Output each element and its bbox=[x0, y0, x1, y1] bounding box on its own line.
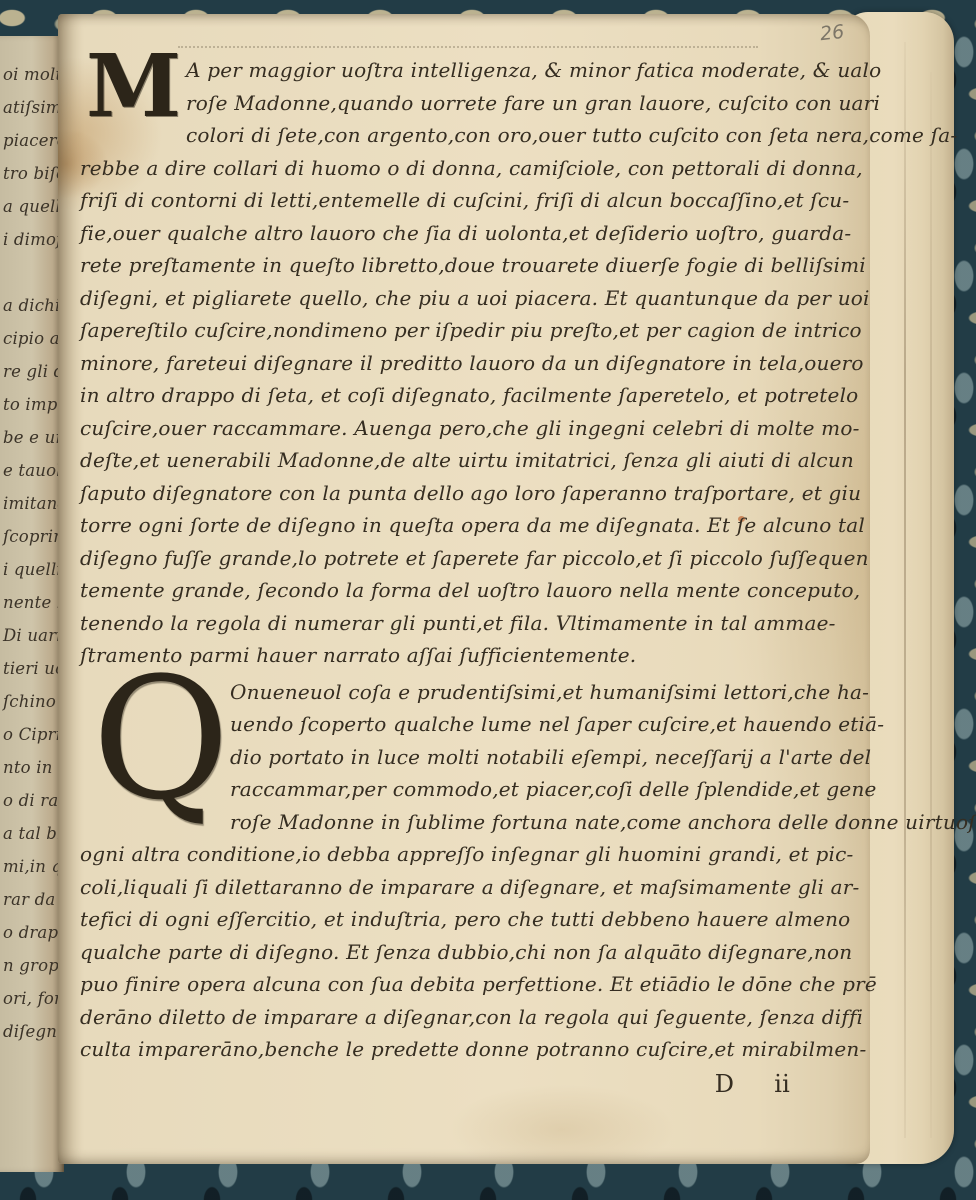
text-line: piacere a bbox=[3, 124, 64, 157]
text-line: re gli diſ bbox=[3, 355, 64, 388]
text-line: ori, fonti bbox=[3, 982, 64, 1015]
text-line: coli,liquali ſi dilettaranno de imparare… bbox=[80, 871, 862, 904]
text-line: A per maggior uoſtra intelligenza, & min… bbox=[80, 54, 862, 87]
text-line: a quello b bbox=[3, 190, 64, 223]
text-line: diſegno fuſſe grande,lo potrete et ſaper… bbox=[80, 542, 862, 575]
paragraph-1-lines: A per maggior uoſtra intelligenza, & min… bbox=[80, 54, 862, 672]
text-line: oi molti bbox=[3, 58, 64, 91]
text-line bbox=[3, 256, 64, 289]
page-edge-line bbox=[930, 72, 932, 1138]
text-line: cuſcire,ouer raccammare. Auenga pero,che… bbox=[80, 412, 862, 445]
text-line: atiſsimi bbox=[3, 91, 64, 124]
signature-letter: D bbox=[715, 1068, 734, 1101]
text-line: ſtramento parmi hauer narrato aſſai ſuff… bbox=[80, 639, 862, 672]
text-line: Di uarie bbox=[3, 619, 64, 652]
text-line: o Cipriol bbox=[3, 718, 64, 751]
text-line: i quelli uo bbox=[3, 553, 64, 586]
text-line: ſapereſtilo cuſcire,nondimeno per iſpedi… bbox=[80, 314, 862, 347]
text-line: imitando bbox=[3, 487, 64, 520]
text-line: tieri uog bbox=[3, 652, 64, 685]
text-line: mi,in queſ bbox=[3, 850, 64, 883]
book-page: 26 M A per maggior uoſtra intelligenza, … bbox=[58, 14, 870, 1164]
text-line: nente la u bbox=[3, 586, 64, 619]
text-line: ſchino pu bbox=[3, 685, 64, 718]
text-line: tefici di ogni eſſercitio, et induſtria,… bbox=[80, 903, 862, 936]
paragraph-2: Q Onueneuol coſa e prudentiſsimi,et huma… bbox=[80, 676, 862, 1066]
drop-cap-q: Q bbox=[92, 680, 228, 808]
text-line: be e un g bbox=[3, 421, 64, 454]
text-line: e tauole bbox=[3, 454, 64, 487]
text-line: nto in aer bbox=[3, 751, 64, 784]
text-line: cipio ad i bbox=[3, 322, 64, 355]
text-line: puo finire opera alcuna con ſua debita p… bbox=[80, 968, 862, 1001]
show-through-line bbox=[178, 46, 758, 48]
text-line: ſaputo diſegnatore con la punta dello ag… bbox=[80, 477, 862, 510]
text-line: o drappa bbox=[3, 916, 64, 949]
text-line: rebbe a dire collari di huomo o di donna… bbox=[80, 152, 862, 185]
paragraph-1: M A per maggior uoſtra intelligenza, & m… bbox=[80, 54, 862, 672]
text-line: torre ogni ſorte de diſegno in queſta op… bbox=[80, 509, 862, 542]
text-line: ogni altra conditione,io debba appreſſo … bbox=[80, 838, 862, 871]
text-line: in altro drappo di ſeta, et coſi diſegna… bbox=[80, 379, 862, 412]
text-line: diſegni, et pigliarete quello, che piu a… bbox=[80, 282, 862, 315]
text-block: M A per maggior uoſtra intelligenza, & m… bbox=[80, 54, 862, 1100]
text-line: ſcoprire bbox=[3, 520, 64, 553]
text-line: to impar bbox=[3, 388, 64, 421]
text-line: diſegni p bbox=[3, 1015, 64, 1048]
signature-numeral: ii bbox=[774, 1068, 790, 1101]
text-line: colori di ſete,con argento,con oro,ouer … bbox=[80, 119, 862, 152]
text-line: i dimoſtr bbox=[3, 223, 64, 256]
left-page-sliver: oi moltiatiſsimipiacere atro biſoga quel… bbox=[0, 36, 64, 1172]
page-edge-line bbox=[904, 42, 906, 1138]
text-line: deſte,et uenerabili Madonne,de alte uirt… bbox=[80, 444, 862, 477]
text-line: a dichiar bbox=[3, 289, 64, 322]
text-line: culta imparerāno,benche le predette donn… bbox=[80, 1033, 862, 1066]
text-line: tro biſog bbox=[3, 157, 64, 190]
text-line: rete preſtamente in queſto libretto,doue… bbox=[80, 249, 862, 282]
drop-cap-m: M bbox=[86, 56, 182, 122]
folio-number: 26 bbox=[819, 21, 845, 45]
text-line: temente grande, ſecondo la forma del uoſ… bbox=[80, 574, 862, 607]
text-line: fie,ouer qualche altro lauoro che ſia di… bbox=[80, 217, 862, 250]
text-line: minore, fareteui diſegnare il preditto l… bbox=[80, 347, 862, 380]
text-line: roſe Madonne,quando uorrete fare un gran… bbox=[80, 87, 862, 120]
text-line: derāno diletto de imparare a diſegnar,co… bbox=[80, 1001, 862, 1034]
text-line: a tal biſ bbox=[3, 817, 64, 850]
text-line: tenendo la regola di numerar gli punti,e… bbox=[80, 607, 862, 640]
text-line: qualche parte di diſegno. Et ſenza dubbi… bbox=[80, 936, 862, 969]
signature-mark: D ii bbox=[80, 1068, 862, 1101]
text-line: n groppo bbox=[3, 949, 64, 982]
text-line: friſi di contorni di letti,entemelle di … bbox=[80, 184, 862, 217]
text-line: rar da co bbox=[3, 883, 64, 916]
text-line: o di racc bbox=[3, 784, 64, 817]
left-page-fragments: oi moltiatiſsimipiacere atro biſoga quel… bbox=[3, 58, 64, 1048]
